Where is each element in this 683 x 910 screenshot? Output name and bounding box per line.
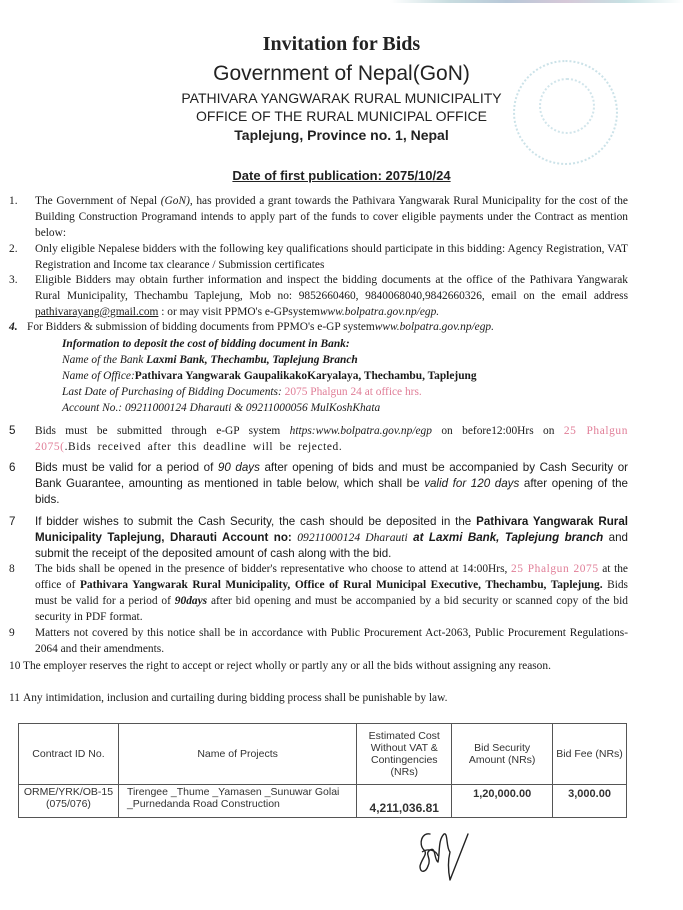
col-bid-fee: Bid Fee (NRs) [553, 724, 627, 785]
clause-number: 1. [9, 193, 27, 209]
clause-text: Bids must be valid for a period of 90 da… [35, 460, 628, 508]
clause-text: Bids must be submitted through e-GP syst… [35, 423, 628, 455]
office-name: OFFICE OF THE RURAL MUNICIPAL OFFICE [0, 108, 683, 124]
clause-text: Eligible Bidders may obtain further info… [35, 272, 628, 320]
location: Taplejung, Province no. 1, Nepal [0, 127, 683, 143]
publication-date: Date of first publication: 2075/10/24 [0, 168, 683, 183]
municipality-name: PATHIVARA YANGWARAK RURAL MUNICIPALITY [0, 90, 683, 106]
scan-edge-streak [390, 0, 683, 3]
clause-number: 4. [9, 319, 27, 335]
col-bid-security: Bid Security Amount (NRs) [452, 724, 553, 785]
egp-link[interactable]: www.bolpatra.gov.np/egp. [375, 321, 494, 333]
last-purchase-date: Last Date of Purchasing of Bidding Docum… [62, 384, 642, 400]
bid-security: 1,20,000.00 [452, 785, 553, 818]
clause-text: The Government of Nepal (GoN), has provi… [35, 193, 628, 241]
col-contract-id: Contract ID No. [19, 724, 119, 785]
bank-info-heading: Information to deposit the cost of biddi… [62, 336, 642, 352]
clause-text: Matters not covered by this notice shall… [35, 625, 628, 657]
table-header-row: Contract ID No. Name of Projects Estimat… [19, 724, 627, 785]
government-name: Government of Nepal(GoN) [0, 62, 683, 86]
bid-fee: 3,000.00 [553, 785, 627, 818]
clause-number: 3. [9, 272, 27, 288]
clause-text: The employer reserves the right to accep… [23, 658, 628, 674]
egp-link[interactable]: www.bolpatra.gov.np/egp. [320, 306, 439, 318]
clause-number: 8 [9, 561, 27, 577]
clause-text: Any intimidation, inclusion and curtaili… [23, 690, 628, 706]
bid-details-table: Contract ID No. Name of Projects Estimat… [18, 723, 627, 818]
seal-emblem [539, 78, 595, 134]
clause-text: If bidder wishes to submit the Cash Secu… [35, 514, 628, 562]
office-info: Name of Office:Pathivara Yangwarak Gaupa… [62, 368, 642, 384]
clause-text: For Bidders & submission of bidding docu… [27, 319, 620, 335]
clause-number: 7 [9, 514, 27, 530]
col-estimated-cost: Estimated Cost Without VAT & Contingenci… [357, 724, 452, 785]
clause-number: 6 [9, 460, 27, 476]
clause-number: 9 [9, 625, 27, 641]
account-numbers: Account No.: 09211000124 Dharauti & 0921… [62, 400, 642, 416]
col-project-name: Name of Projects [118, 724, 356, 785]
email-link[interactable]: pathivarayang@gmail.com [35, 306, 158, 318]
clause-number: 5 [9, 423, 27, 439]
egp-link[interactable]: https:www.bolpatra.gov.np/egp [290, 425, 432, 437]
table-row: ORME/YRK/OB-15 (075/076) Tirengee _Thume… [19, 785, 627, 818]
signature [408, 822, 478, 882]
project-name: Tirengee _Thume _Yamasen _Sunuwar Golai … [118, 785, 356, 818]
clause-text: Only eligible Nepalese bidders with the … [35, 241, 628, 273]
estimated-cost: 4,211,036.81 [357, 785, 452, 818]
document-title: Invitation for Bids [0, 33, 683, 56]
clause-number: 2. [9, 241, 27, 257]
bank-name: Name of the Bank Laxmi Bank, Thechambu, … [62, 352, 642, 368]
clause-text: The bids shall be opened in the presence… [35, 561, 628, 625]
contract-id: ORME/YRK/OB-15 (075/076) [19, 785, 119, 818]
